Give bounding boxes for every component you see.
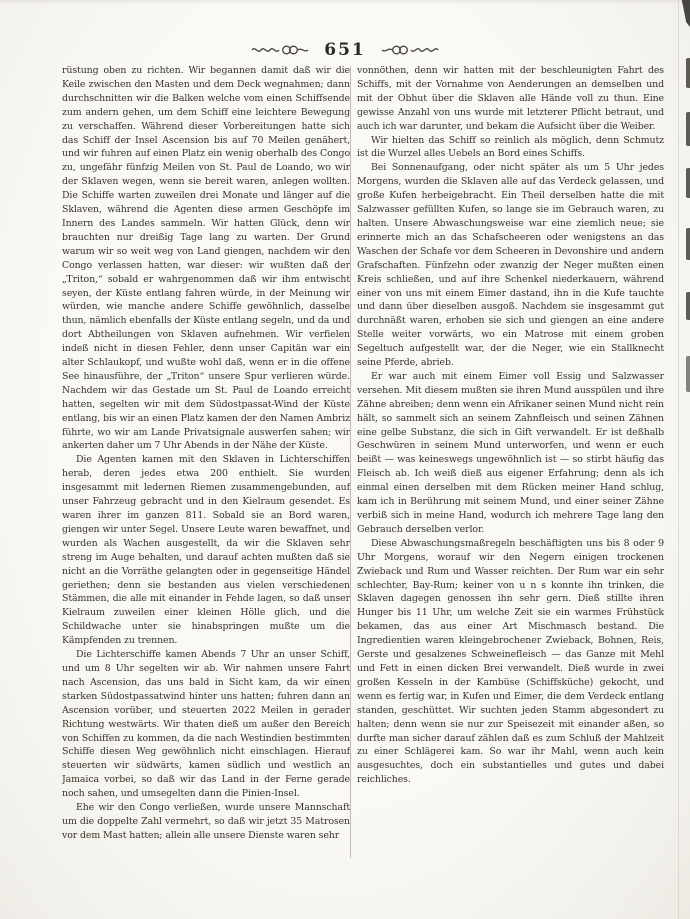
scan-edge-artifact: [686, 292, 690, 320]
flourish-ornament-right: [381, 43, 439, 57]
paragraph: Er war auch mit einem Eimer voll Essig u…: [357, 370, 664, 537]
paragraph: Ehe wir den Congo verließen, wurde unser…: [62, 801, 350, 843]
page-header: 651: [0, 36, 690, 64]
column-divider-rule: [350, 66, 351, 858]
paragraph: Die Lichterschiffe kamen Abends 7 Uhr an…: [62, 648, 350, 801]
scan-edge-line: [678, 0, 679, 919]
scan-edge-artifact: [686, 356, 690, 392]
paragraph: Diese Abwaschungsmaßregeln beschäftigten…: [357, 537, 664, 787]
text-column-left: rüstung oben zu richten. Wir begannen da…: [62, 64, 350, 864]
scan-edge-artifact: [686, 168, 690, 198]
scan-edge-artifact: [686, 112, 690, 146]
paragraph: Wir hielten das Schiff so reinlich als m…: [357, 134, 664, 162]
page-number: 651: [324, 40, 366, 60]
paragraph: Die Agenten kamen mit den Sklaven in Lic…: [62, 453, 350, 648]
paragraph: rüstung oben zu richten. Wir begannen da…: [62, 64, 350, 453]
scan-corner-artifact: [680, 0, 690, 27]
scan-edge-artifact: [686, 58, 690, 88]
flourish-ornament-left: [251, 43, 309, 57]
book-page-scan: 651 rüstung oben zu richten. Wir beganne…: [0, 0, 690, 919]
text-column-right: vonnöthen, denn wir hatten mit der besch…: [357, 64, 664, 864]
paragraph: Bei Sonnenaufgang, oder nicht später als…: [357, 161, 664, 370]
scan-edge-artifact: [686, 228, 690, 260]
paragraph: vonnöthen, denn wir hatten mit der besch…: [357, 64, 664, 134]
